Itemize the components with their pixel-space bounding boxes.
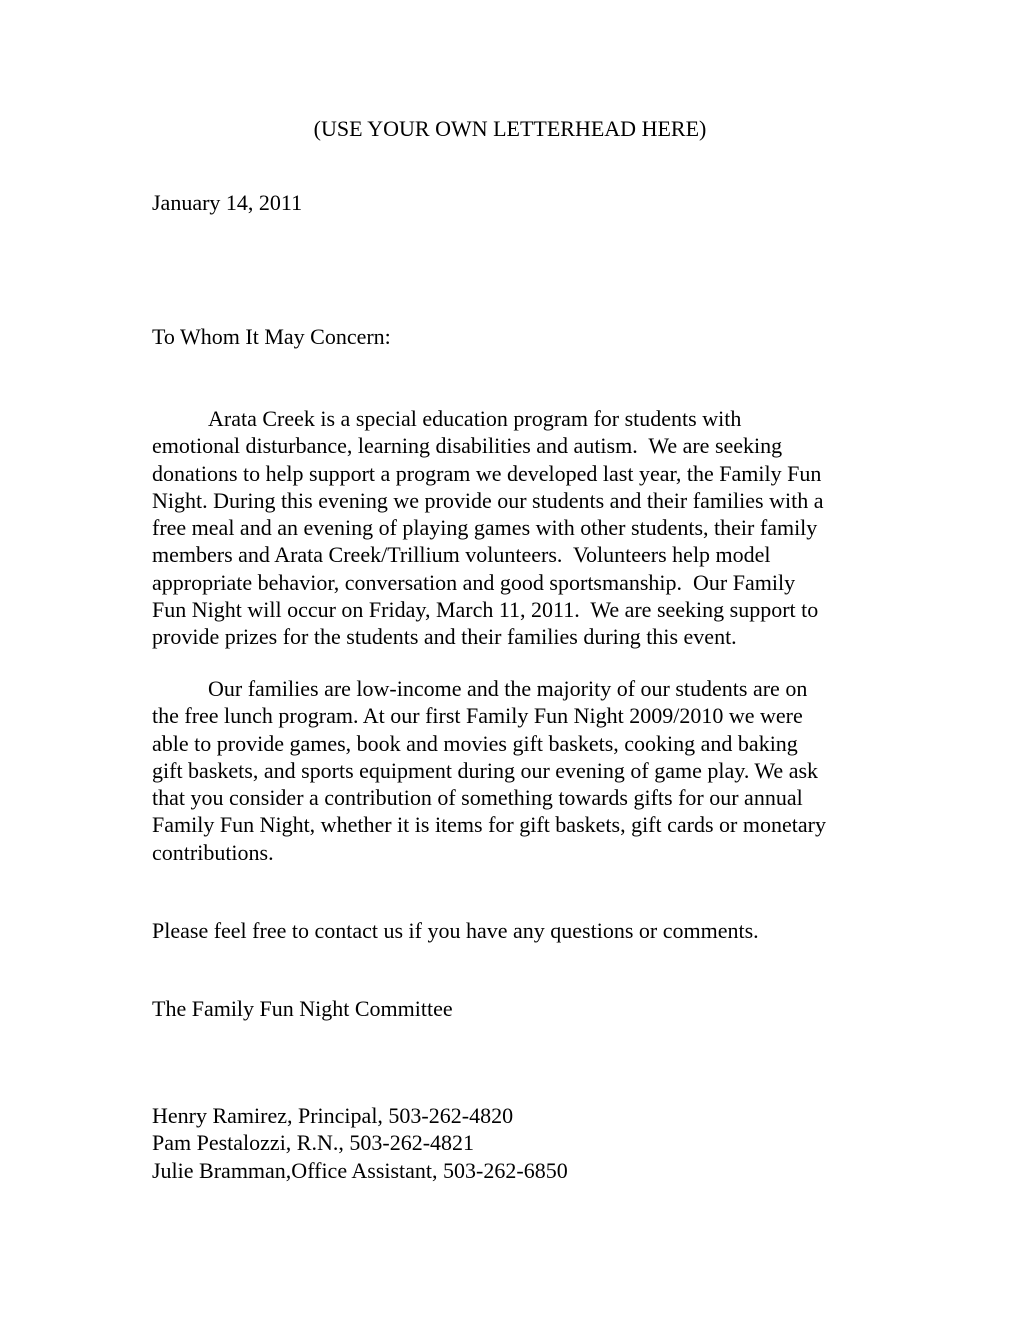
letter-date: January 14, 2011	[152, 189, 302, 216]
contact-line-principal: Henry Ramirez, Principal, 503-262-4820	[152, 1102, 568, 1129]
contact-list: Henry Ramirez, Principal, 503-262-4820 P…	[152, 1102, 568, 1184]
paragraph-donation-request: Our families are low-income and the majo…	[152, 675, 912, 866]
closing-line: Please feel free to contact us if you ha…	[152, 917, 912, 944]
contact-line-nurse: Pam Pestalozzi, R.N., 503-262-4821	[152, 1129, 568, 1156]
contact-line-office-assistant: Julie Bramman,Office Assistant, 503-262-…	[152, 1157, 568, 1184]
paragraph-program-description: Arata Creek is a special education progr…	[152, 405, 912, 651]
salutation: To Whom It May Concern:	[152, 323, 391, 350]
letterhead-placeholder: (USE YOUR OWN LETTERHEAD HERE)	[0, 115, 1020, 142]
letter-page: (USE YOUR OWN LETTERHEAD HERE) January 1…	[0, 0, 1020, 1320]
signature-committee: The Family Fun Night Committee	[152, 995, 912, 1022]
